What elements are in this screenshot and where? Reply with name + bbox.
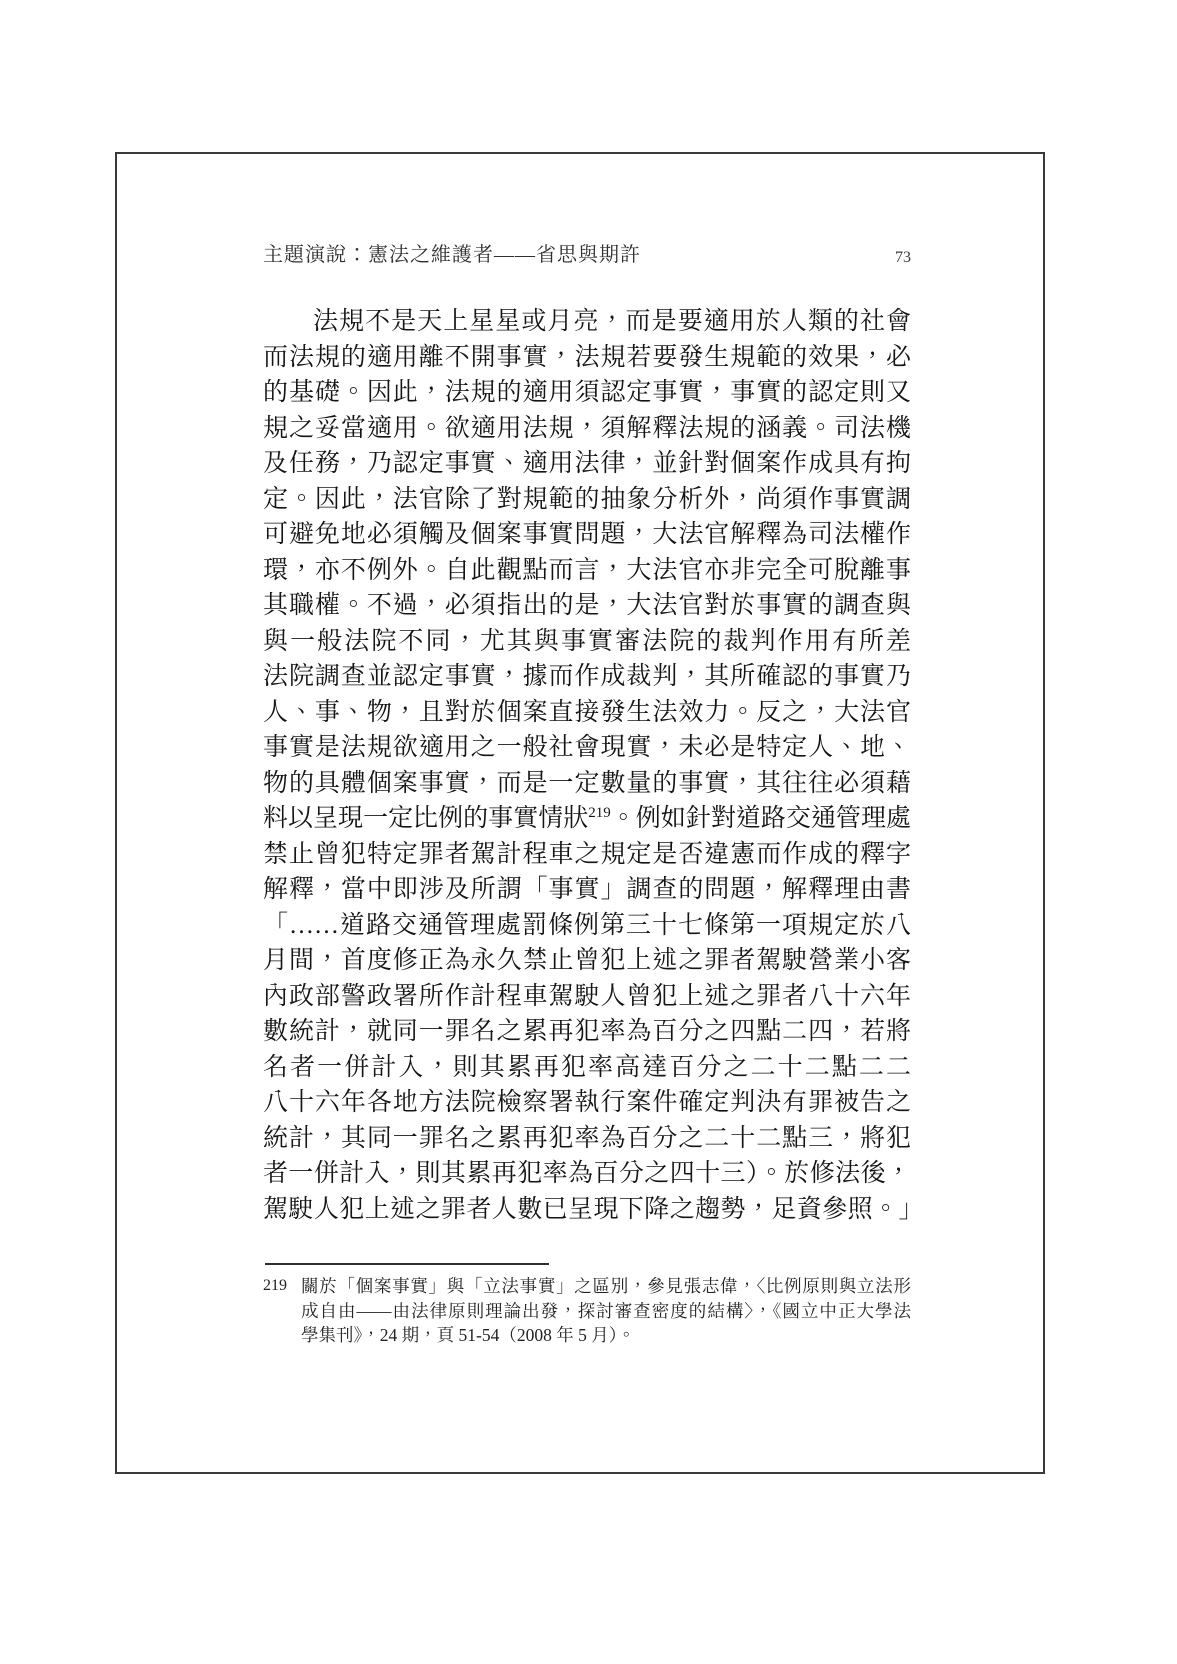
text-line: 人、事、物，且對於個案直接發生法效力。反之，大法官所處理的 <box>263 695 911 731</box>
footnote-number: 219 <box>263 1274 287 1299</box>
text-line: 事實是法規欲適用之一般社會現實，未必是特定人、地、時、事、 <box>263 730 911 766</box>
text-line: 而法規的適用離不開事實，法規若要發生規範的效果，必須有事實 <box>263 340 911 376</box>
text-line: 駕駛人犯上述之罪者人數已呈現下降之趨勢，足資參照。」即是大 <box>263 1192 911 1228</box>
footnote-line: 成自由——由法律原則理論出發，探討審查密度的結構〉，《國立中正大學法 <box>263 1299 911 1324</box>
text-line: 解釋，當中即涉及所謂「事實」調查的問題，解釋理由書中提及： <box>263 872 911 908</box>
text-line: 與一般法院不同，尤其與事實審法院的裁判作用有所差異。事實審 <box>263 624 911 660</box>
text-line: 及任務，乃認定事實、適用法律，並針對個案作成具有拘束力之決 <box>263 446 911 482</box>
text-line: 可避免地必須觸及個案事實問題，大法官解釋為司法權作用的一 <box>263 517 911 553</box>
running-header: 主題演說：憲法之維護者——省思與期許 73 <box>263 238 911 267</box>
text-line: 八十六年各地方法院檢察署執行案件確定判決有罪被告之犯罪次數 <box>263 1085 911 1121</box>
document-page: { "header": { "title": "主題演說：憲法之維護者——省思與… <box>0 0 1177 1664</box>
text-line: 統計，其同一罪名之累再犯率為百分之二十二點三，將犯其他罪名 <box>263 1121 911 1157</box>
text-line: 物的具體個案事實，而是一定數量的事實，其往往必須藉助統計資 <box>263 766 911 802</box>
text-line: 「……道路交通管理處罰條例第三十七條第一項規定於八十六年一 <box>263 908 911 944</box>
text-line: 規之妥當適用。欲適用法規，須解釋法規的涵義。司法機關的權力 <box>263 411 911 447</box>
text-line: 其職權。不過，必須指出的是，大法官對於事實的調查與認定，仍 <box>263 588 911 624</box>
text-line: 名者一併計入，則其累再犯率高達百分之二十二點二二（依法務部 <box>263 1050 911 1086</box>
text-line: 環，亦不例外。自此觀點而言，大法官亦非完全可脫離事實而行使 <box>263 553 911 589</box>
body-text: 法規不是天上星星或月亮，而是要適用於人類的社會規範，因而法規的適用離不開事實，法… <box>263 304 911 1227</box>
footnote-line: 學集刊》，24 期，頁 51-54（2008 年 5 月）。 <box>263 1323 911 1348</box>
text-line: 法院調查並認定事實，據而作成裁判，其所確認的事實乃特定的 <box>263 659 911 695</box>
text-line: 定。因此，法官除了對規範的抽象分析外，尚須作事實調查，也無 <box>263 482 911 518</box>
text-line: 禁止曾犯特定罪者駕計程車之規定是否違憲而作成的釋字第584號 <box>263 837 911 873</box>
header-title: 主題演說：憲法之維護者——省思與期許 <box>263 238 641 267</box>
page-border-frame: 主題演說：憲法之維護者——省思與期許 73 法規不是天上星星或月亮，而是要適用於… <box>115 152 1045 1474</box>
footnote-reference: 219 <box>588 805 611 821</box>
footnote-block: 219關於「個案事實」與「立法事實」之區別，參見張志偉，〈比例原則與立法形成自由… <box>263 1274 911 1348</box>
text-line: 法規不是天上星星或月亮，而是要適用於人類的社會規範，因 <box>263 304 911 340</box>
text-line: 數統計，就同一罪名之累再犯率為百分之四點二四，若將犯其他罪 <box>263 1014 911 1050</box>
text-line: 月間，首度修正為永久禁止曾犯上述之罪者駕駛營業小客車前，據 <box>263 943 911 979</box>
footnote-separator <box>265 1263 549 1265</box>
page-number: 73 <box>895 249 911 267</box>
text-line: 料以呈現一定比例的事實情狀219。例如針對道路交通管理處罰條例 <box>263 801 911 837</box>
footnote-line: 219關於「個案事實」與「立法事實」之區別，參見張志偉，〈比例原則與立法形 <box>263 1274 911 1299</box>
text-line: 內政部警政署所作計程車駕駛人曾犯上述之罪者八十六年之列管人 <box>263 979 911 1015</box>
text-line: 的基礎。因此，法規的適用須認定事實，事實的認定則又有助於法 <box>263 375 911 411</box>
text-line: 者一併計入，則其累再犯率為百分之四十三）。於修法後，計程車 <box>263 1156 911 1192</box>
